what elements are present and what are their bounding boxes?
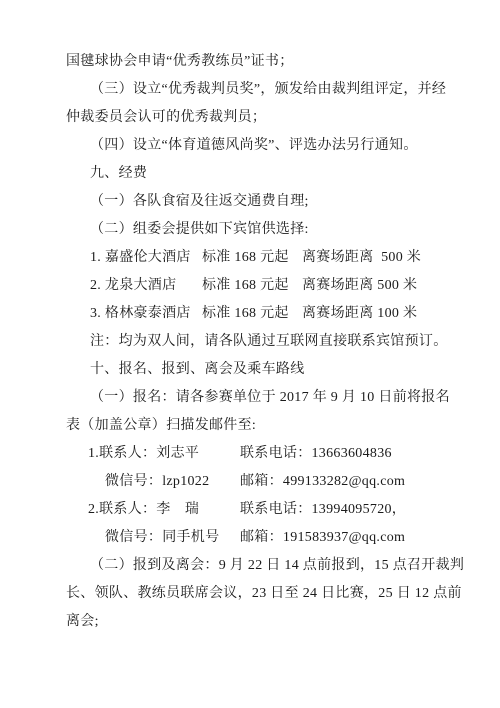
hotel-row-1: 1. 嘉盛伦大酒店 标准 168 元起 离赛场距离 500 米 — [66, 244, 448, 272]
hotel-distance: 离赛场距离 500 米 — [302, 244, 421, 272]
checkin-line1: （二）报到及离会：9 月 22 日 14 点前报到，15 点召开裁判 — [66, 552, 448, 580]
document-page: 国毽球协会申请“优秀教练员”证书； （三）设立“优秀裁判员奖”，颁发给由裁判组评… — [0, 0, 500, 708]
award-item3-line1: （三）设立“优秀裁判员奖”，颁发给由裁判组评定，并经 — [66, 76, 448, 104]
hotel-distance: 离赛场距离 100 米 — [302, 300, 417, 328]
contact-row-1: 1.联系人：刘志平 联系电话：13663604836 — [66, 440, 448, 468]
section-10-heading: 十、报名、报到、离会及乘车路线 — [66, 356, 448, 384]
hotel-rate: 标准 168 元起 — [202, 244, 302, 272]
contact-wechat: 微信号：lzp1022 — [88, 468, 240, 496]
contact-email: 邮箱：191583937@qq.com — [240, 524, 405, 552]
contact-row-2-wechat: 微信号：同手机号 邮箱：191583937@qq.com — [66, 524, 448, 552]
contact-wechat: 微信号：同手机号 — [88, 524, 240, 552]
contact-phone: 联系电话：13994095720， — [240, 496, 406, 524]
section-9-heading: 九、经费 — [66, 160, 448, 188]
hotel-row-3: 3. 格林豪泰酒店 标准 168 元起 离赛场距离 100 米 — [66, 300, 448, 328]
fees-item1-line: （一）各队食宿及往返交通费自理; — [66, 188, 448, 216]
fees-item2-line: （二）组委会提供如下宾馆供选择: — [66, 216, 448, 244]
checkin-line2: 长、领队、教练员联席会议，23 日至 24 日比赛，25 日 12 点前 — [66, 580, 448, 608]
hotel-name: 3. 格林豪泰酒店 — [90, 300, 202, 328]
coach-cert-continuation-line: 国毽球协会申请“优秀教练员”证书； — [66, 48, 448, 76]
contact-email: 邮箱：499133282@qq.com — [240, 468, 405, 496]
contact-row-1-wechat: 微信号：lzp1022 邮箱：499133282@qq.com — [66, 468, 448, 496]
hotel-name: 1. 嘉盛伦大酒店 — [90, 244, 202, 272]
hotel-name: 2. 龙泉大酒店 — [90, 272, 202, 300]
booking-note-line: 注：均为双人间，请各队通过互联网直接联系宾馆预订。 — [66, 328, 448, 356]
contact-phone: 联系电话：13663604836 — [240, 440, 392, 468]
document-body: 国毽球协会申请“优秀教练员”证书； （三）设立“优秀裁判员奖”，颁发给由裁判组评… — [0, 0, 500, 636]
contact-row-2: 2.联系人：李 瑞 联系电话：13994095720， — [66, 496, 448, 524]
signup-line2: 表（加盖公章）扫描发邮件至: — [66, 412, 448, 440]
award-item4-line: （四）设立“体育道德风尚奖”、评选办法另行通知。 — [66, 132, 448, 160]
hotel-rate: 标准 168 元起 — [202, 272, 302, 300]
hotel-rate: 标准 168 元起 — [202, 300, 302, 328]
contact-name: 2.联系人：李 瑞 — [88, 496, 240, 524]
award-item3-line2: 仲裁委员会认可的优秀裁判员； — [66, 104, 448, 132]
hotel-row-2: 2. 龙泉大酒店 标准 168 元起 离赛场距离 500 米 — [66, 272, 448, 300]
contact-name: 1.联系人：刘志平 — [88, 440, 240, 468]
hotel-distance: 离赛场距离 500 米 — [302, 272, 417, 300]
checkin-line3: 离会; — [66, 608, 448, 636]
signup-line1: （一）报名：请各参赛单位于 2017 年 9 月 10 日前将报名 — [66, 384, 448, 412]
